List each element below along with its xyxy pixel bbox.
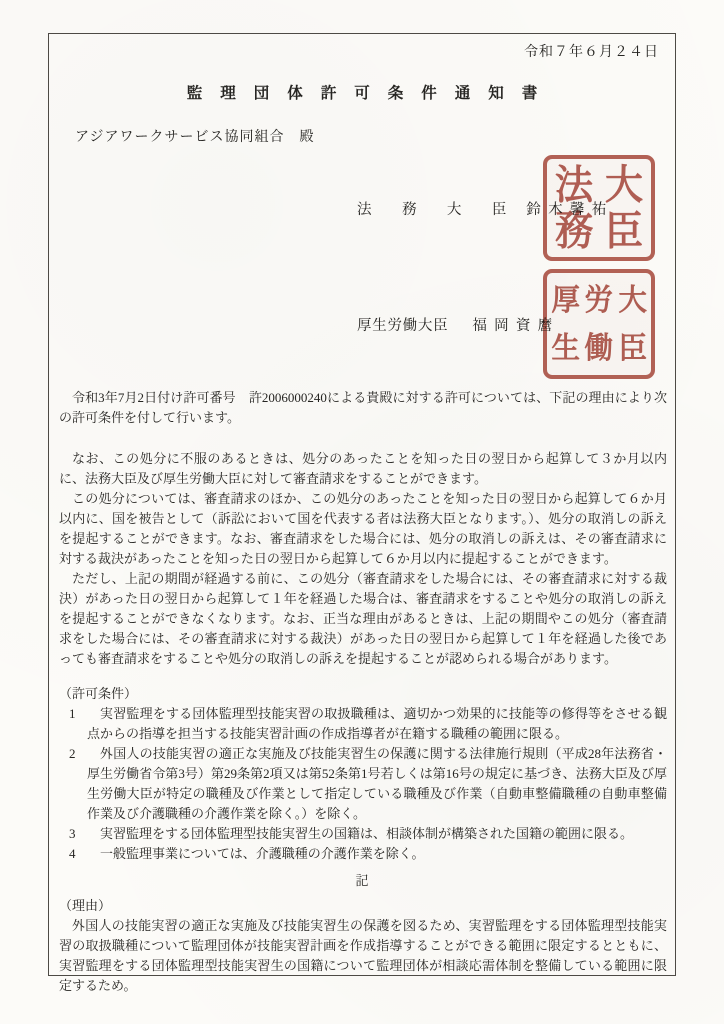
appeal-paragraph-lawsuit: この処分については、審査請求のほか、この処分のあったことを知った日の翌日から起算… [59, 489, 667, 569]
condition-item-4: 4一般監理事業については、介護職種の介護作業を除く。 [59, 844, 667, 864]
conditions-heading: （許可条件） [59, 684, 667, 704]
seal-glyph: 務 [548, 205, 601, 257]
condition-text: 外国人の技能実習の適正な実施及び技能実習生の保護に関する法律施行規則（平成28年… [87, 746, 667, 821]
document-title: 監理団体許可条件通知書 [49, 81, 675, 103]
document-date: 令和７年６月２４日 [524, 41, 659, 61]
seal-glyph: 労 [581, 273, 616, 327]
intro-paragraph: 令和3年7月2日付け許可番号 許2006000240による貴殿に対する許可につい… [59, 388, 667, 428]
seal-glyph: 大 [615, 273, 650, 327]
justice-minister-seal-icon: 法 大 務 臣 [543, 155, 655, 261]
condition-number: 3 [69, 824, 76, 844]
condition-number: 1 [69, 704, 76, 724]
seal-glyph: 臣 [598, 205, 651, 257]
condition-number: 2 [69, 744, 76, 764]
condition-text: 実習監理をする団体監理型技能実習生の国籍は、相談体制が構築された国籍の範囲に限る… [100, 826, 633, 841]
appeal-paragraph-deadline: ただし、上記の期間が経過する前に、この処分（審査請求をした場合には、その審査請求… [59, 569, 667, 669]
justice-minister-title: 法 務 大 臣 [357, 202, 514, 218]
seal-glyph: 臣 [615, 321, 650, 375]
addressee-line: アジアワークサービス協同組合 殿 [75, 126, 314, 146]
condition-item-1: 1実習監理をする団体監理型技能実習の取扱職種は、適切かつ効果的に技能等の修得等を… [59, 704, 667, 744]
seal-glyph: 厚 [548, 273, 583, 327]
seal-glyph: 法 [548, 159, 601, 211]
scanned-document-page: 令和７年６月２４日 監理団体許可条件通知書 アジアワークサービス協同組合 殿 法… [0, 0, 724, 1024]
condition-text: 一般監理事業については、介護職種の介護作業を除く。 [100, 846, 424, 861]
reason-heading: （理由） [59, 896, 667, 916]
document-body: 令和3年7月2日付け許可番号 許2006000240による貴殿に対する許可につい… [59, 388, 667, 996]
ki-marker: 記 [59, 871, 667, 891]
signature-line-labour-minister: 厚生労働大臣福岡資麿 [357, 314, 559, 335]
labour-minister-seal-icon: 厚 労 大 生 働 臣 [543, 269, 655, 379]
condition-text: 実習監理をする団体監理型技能実習の取扱職種は、適切かつ効果的に技能等の修得等をさ… [87, 706, 667, 741]
seal-glyph: 生 [548, 321, 583, 375]
condition-item-2: 2外国人の技能実習の適正な実施及び技能実習生の保護に関する法律施行規則（平成28… [59, 744, 667, 824]
labour-minister-title: 厚生労働大臣 [357, 318, 448, 334]
appeal-paragraph-review: なお、この処分に不服のあるときは、処分のあったことを知った日の翌日から起算して３… [59, 449, 667, 489]
condition-item-3: 3実習監理をする団体監理型技能実習生の国籍は、相談体制が構築された国籍の範囲に限… [59, 824, 667, 844]
seal-glyph: 大 [598, 159, 651, 211]
reason-paragraph: 外国人の技能実習の適正な実施及び技能実習生の保護を図るため、実習監理をする団体監… [59, 916, 667, 996]
document-frame: 令和７年６月２４日 監理団体許可条件通知書 アジアワークサービス協同組合 殿 法… [48, 33, 676, 976]
condition-number: 4 [69, 844, 76, 864]
seal-glyph: 働 [581, 321, 616, 375]
